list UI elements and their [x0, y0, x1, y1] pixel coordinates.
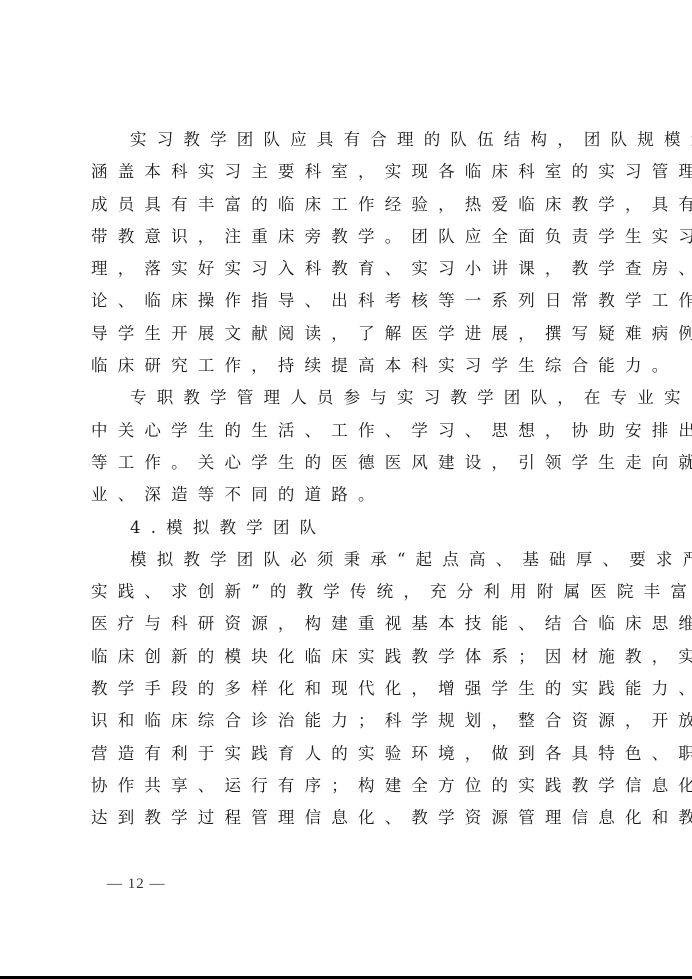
- text-line: 教学手段的多样化和现代化，增强学生的实践能力、合作意: [91, 673, 605, 705]
- text-line: 专职教学管理人员参与实习教学团队，在专业实习过程: [91, 382, 605, 414]
- text-line: 实习教学团队应具有合理的队伍结构，团队规模适度，: [91, 124, 605, 156]
- section-heading: 4.模拟教学团队: [91, 512, 605, 544]
- text-line: 涵盖本科实习主要科室，实现各临床科室的实习管理；团队: [91, 156, 605, 188]
- text-line: 论、临床操作指导、出科考核等一系列日常教学工作，并指: [91, 285, 605, 317]
- text-line: 临床创新的模块化临床实践教学体系；因材施教，实现实践: [91, 641, 605, 673]
- text-line: 理，落实好实习入科教育、实习小讲课，教学查房、病例讨: [91, 253, 605, 285]
- text-line: 等工作。关心学生的医德医风建设，引领学生走向就业、创: [91, 447, 605, 479]
- text-line: 医疗与科研资源，构建重视基本技能、结合临床思维、注重: [91, 608, 605, 640]
- text-line: 识和临床综合诊治能力；科学规划，整合资源，开放共享，: [91, 705, 605, 737]
- text-line: 临床研究工作，持续提高本科实习学生综合能力。: [91, 350, 605, 382]
- text-line: 实践、求创新”的教学传统，充分利用附属医院丰富的临床: [91, 576, 605, 608]
- text-line: 业、深造等不同的道路。: [91, 479, 605, 511]
- document-page: 实习教学团队应具有合理的队伍结构，团队规模适度， 涵盖本科实习主要科室，实现各临…: [0, 0, 692, 979]
- text-line: 模拟教学团队必须秉承“起点高、基础厚、要求严、重: [91, 544, 605, 576]
- page-number: — 12 —: [107, 876, 166, 893]
- text-line: 达到教学过程管理信息化、教学资源管理信息化和教学方法: [91, 802, 605, 834]
- text-line: 带教意识，注重床旁教学。团队应全面负责学生实习过程管: [91, 221, 605, 253]
- text-line: 营造有利于实践育人的实验环境，做到各具特色、职责明确、: [91, 738, 605, 770]
- text-line: 成员具有丰富的临床工作经验，热爱临床教学，具有较强的: [91, 189, 605, 221]
- body-text: 实习教学团队应具有合理的队伍结构，团队规模适度， 涵盖本科实习主要科室，实现各临…: [91, 124, 605, 835]
- text-line: 导学生开展文献阅读，了解医学进展，撰写疑难病例报告等: [91, 318, 605, 350]
- text-line: 中关心学生的生活、工作、学习、思想，协助安排出科考核: [91, 415, 605, 447]
- text-line: 协作共享、运行有序；构建全方位的实践教学信息化平台，: [91, 770, 605, 802]
